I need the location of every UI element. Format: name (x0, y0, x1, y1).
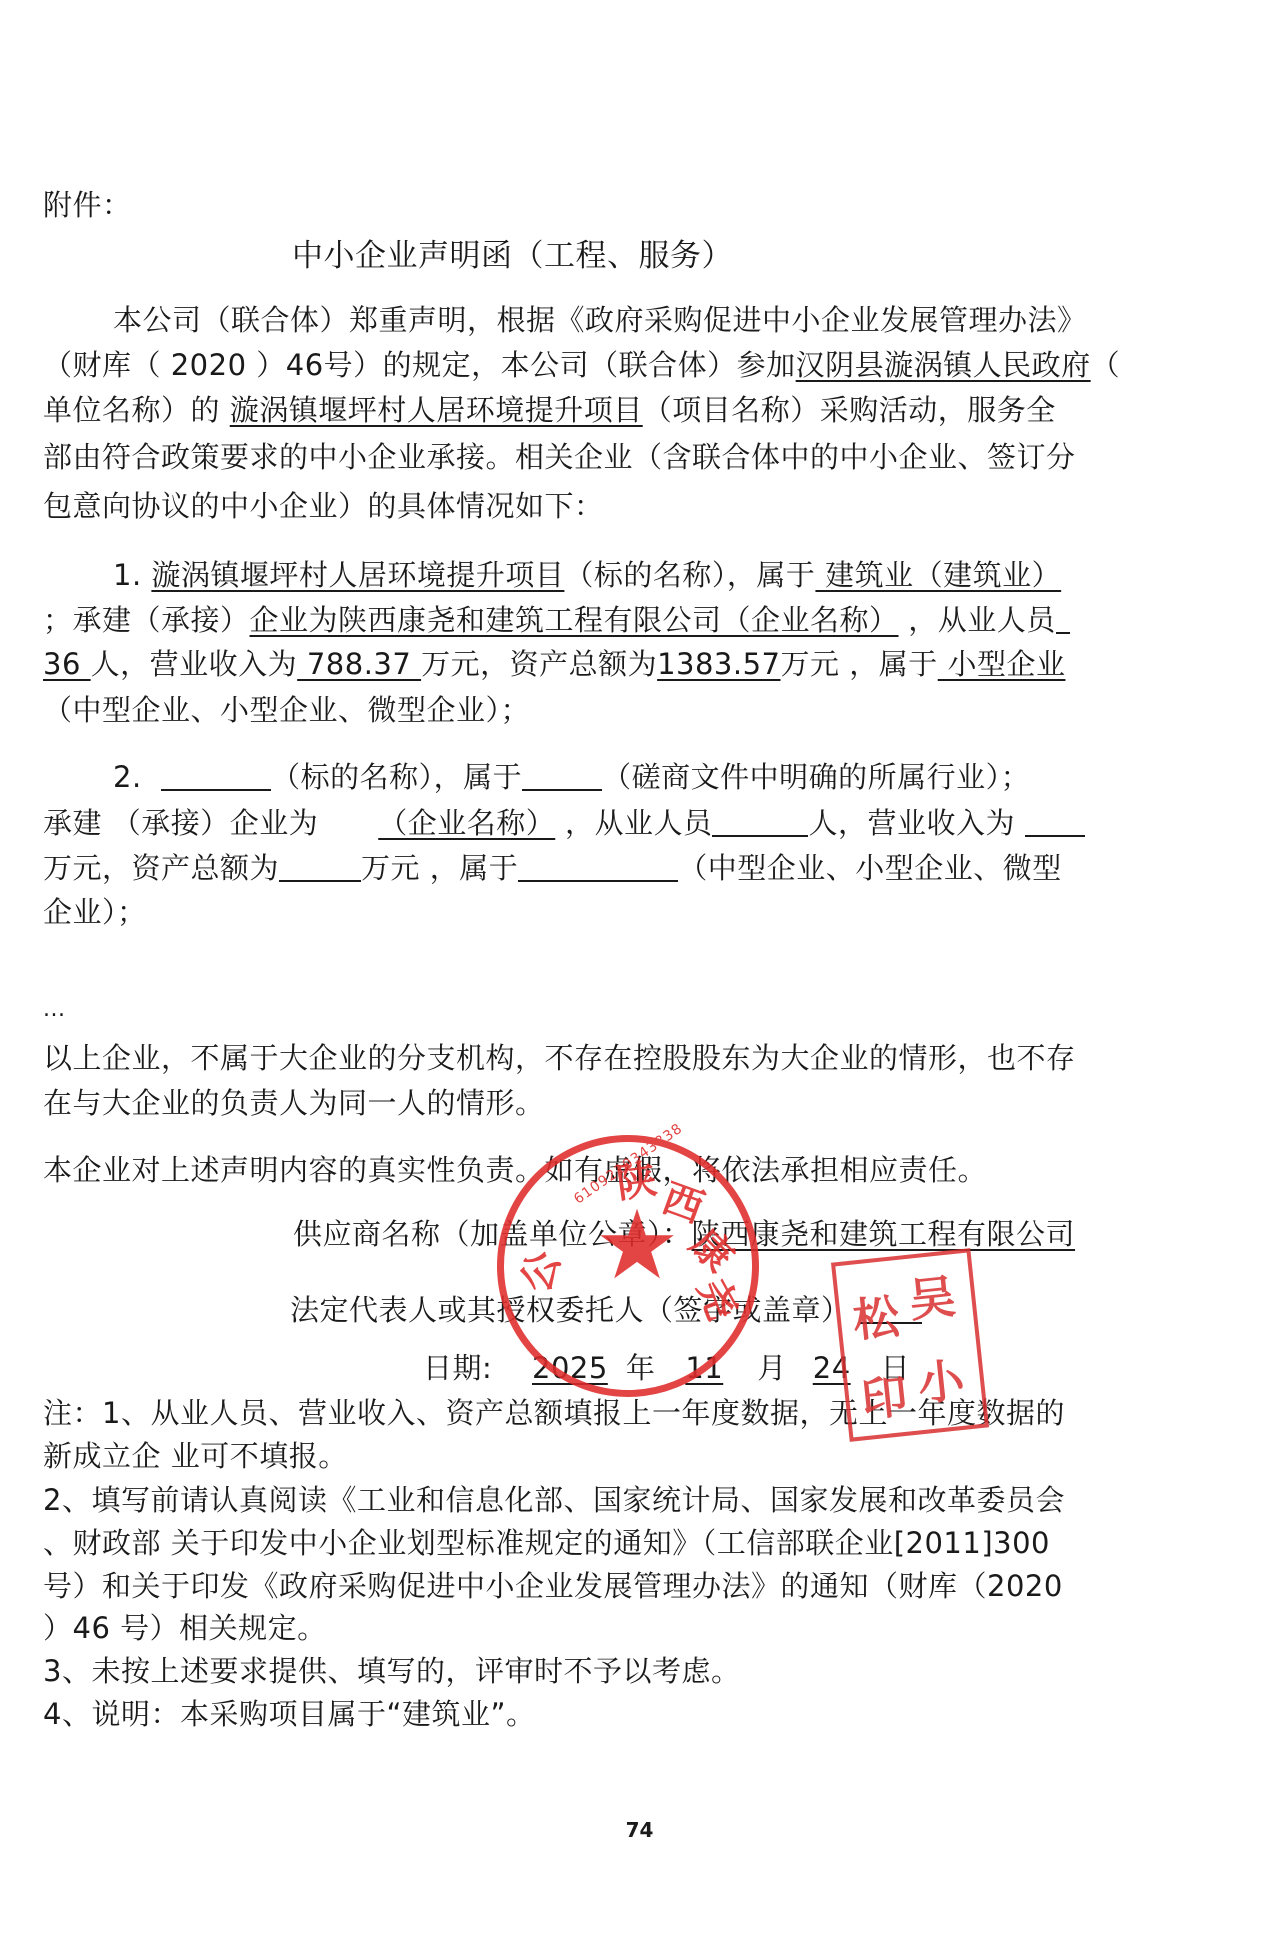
item2-line-3: 万元，资产总额为万元 ，属于（中型企业、小型企业、微型 (43, 848, 1062, 888)
intro-line-3: 单位名称）的 漩涡镇堰坪村人居环境提升项目（项目名称）采购活动，服务全 (43, 390, 1056, 430)
note-2-line-4: ）46 号）相关规定。 (43, 1608, 327, 1648)
item1-line-3: 36 人，营业收入为 788.37 万元，资产总额为1383.57万元 ，属于 … (43, 644, 1065, 684)
note-2-line-1: 2、填写前请认真阅读《工业和信息化部、国家统计局、国家发展和改革委员会 (43, 1480, 1065, 1520)
item1-revenue: 788.37 (297, 647, 421, 681)
item1-industry: 建筑业（建筑业） (815, 558, 1061, 592)
intro-line-4: 部由符合政策要求的中小企业承接。相关企业（含联合体中的中小企业、签订分 (43, 437, 1076, 477)
item1-line-4: （中型企业、小型企业、微型企业）； (43, 690, 530, 730)
item1-line-2: ；承建（承接）企业为陕西康尧和建筑工程有限公司（企业名称） ，从业人员 (43, 600, 1070, 640)
project-name: 漩涡镇堰坪村人居环境提升项目 (230, 393, 643, 427)
intro-line-5: 包意向协议的中小企业）的具体情况如下： (43, 486, 604, 526)
intro-line-2: （财库（ 2020 ）46号）的规定，本公司（联合体）参加汉阴县漩涡镇人民政府（ (43, 345, 1120, 385)
item2-line-2: 承建 （承接）企业为（企业名称） ，从业人员人，营业收入为 (43, 803, 1085, 843)
note-4: 4、说明：本采购项目属于“建筑业”。 (43, 1694, 536, 1734)
note-3: 3、未按上述要求提供、填写的，评审时不予以考虑。 (43, 1651, 740, 1691)
page-title: 中小企业声明函（工程、服务） (292, 236, 733, 276)
note-2-line-3: 号）和关于印发《政府采购促进中小企业发展管理办法》的通知（财库（2020 (43, 1566, 1063, 1606)
statement-line-1: 以上企业，不属于大企业的分支机构，不存在控股股东为大企业的情形，也不存 (43, 1038, 1076, 1078)
ellipsis: ... (43, 990, 65, 1030)
item1-size: 小型企业 (938, 647, 1066, 681)
item2-line-1: 2. （标的名称），属于（磋商文件中明确的所属行业）； (113, 757, 1030, 797)
item2-contractor-hint: （企业名称） (318, 806, 555, 840)
item1-employees: 36 (43, 647, 91, 681)
responsibility-statement: 本企业对上述声明内容的真实性负责。如有虚假，将依法承担相应责任。 (43, 1150, 987, 1190)
attachment-label: 附件： (43, 185, 132, 225)
item1-contractor: 企业为陕西康尧和建筑工程有限公司（企业名称） (250, 603, 899, 637)
note-2-line-2: 、财政部 关于印发中小企业划型标准规定的通知》（工信部联企业[2011]300 (43, 1523, 1050, 1563)
item2-line-4: 企业）； (43, 892, 147, 932)
statement-line-2: 在与大企业的负责人为同一人的情形。 (43, 1083, 545, 1123)
item1-subject: 漩涡镇堰坪村人居环境提升项目 (151, 558, 564, 592)
note-1-line-2: 新成立企 业可不填报。 (43, 1436, 348, 1476)
company-seal: 6109210343838 ★ 陕 西 康 尧 公 (497, 1135, 759, 1397)
personal-seal: 吴 小 松 印 (831, 1248, 989, 1442)
page-number: 74 (0, 1818, 1279, 1842)
intro-line-1: 本公司（联合体）郑重声明，根据《政府采购促进中小企业发展管理办法》 (113, 300, 1087, 340)
item1-assets: 1383.57 (657, 647, 780, 681)
item1-line-1: 1. 漩涡镇堰坪村人居环境提升项目（标的名称），属于 建筑业（建筑业） (113, 555, 1061, 595)
purchaser-name: 汉阴县漩涡镇人民政府 (796, 348, 1091, 382)
